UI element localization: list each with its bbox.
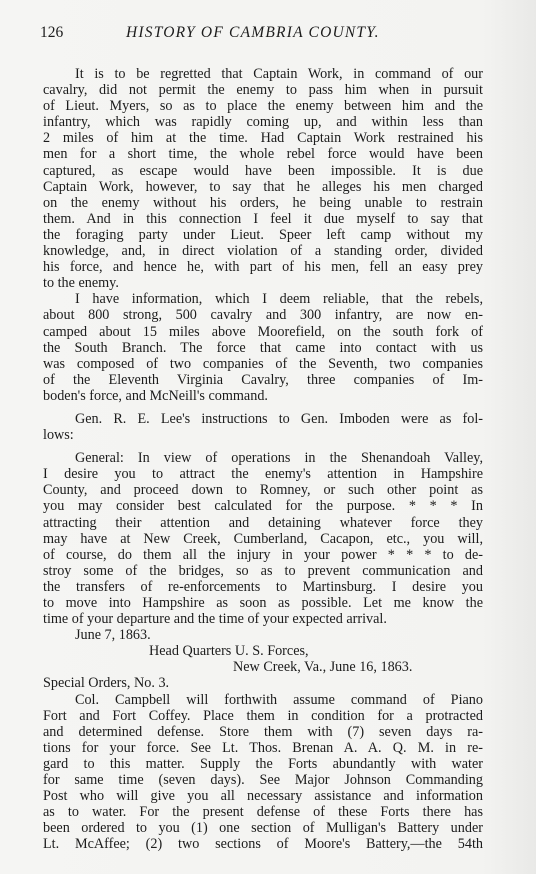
text-line: infantry, which was rapidly coming up, a… (43, 114, 483, 130)
book-page: 126 HISTORY OF CAMBRIA COUNTY. It is to … (0, 0, 536, 874)
text-line: knowledge, and, in direct violation of a… (43, 243, 483, 259)
letter-date: June 7, 1863. (43, 627, 483, 643)
text-line: lows: (43, 427, 483, 443)
text-line: General: In view of operations in the Sh… (43, 450, 483, 466)
text-line: the transfers of re-enforcements to Mart… (43, 579, 483, 595)
text-line: men for a short time, the whole rebel fo… (43, 146, 483, 162)
paragraph-information: I have information, which I deem reliabl… (43, 291, 483, 404)
text-line: stroy some of the bridges, so as to prev… (43, 563, 483, 579)
text-line: been ordered to you (1) one section of M… (43, 820, 483, 836)
text-line: them. And in this connection I feel it d… (43, 211, 483, 227)
text-line: I have information, which I deem reliabl… (43, 291, 483, 307)
text-line: of course, do them all the injury in you… (43, 547, 483, 563)
paragraph-special-orders: Col. Campbell will forthwith assume comm… (43, 692, 483, 853)
text-line: for same time (seven days). See Major Jo… (43, 772, 483, 788)
text-line: 2 miles of him at the time. Had Captain … (43, 130, 483, 146)
text-line: on the enemy without his orders, he bein… (43, 195, 483, 211)
text-line: boden's force, and McNeill's command. (43, 388, 483, 404)
text-line: captured, as escape would have been impo… (43, 163, 483, 179)
text-line: of Lieut. Myers, so as to place the enem… (43, 98, 483, 114)
text-line: County, and proceed down to Romney, or s… (43, 482, 483, 498)
text-line: of the Eleventh Virginia Cavalry, three … (43, 372, 483, 388)
page-number: 126 (40, 24, 63, 42)
text-line: as to water. For the present defense of … (43, 804, 483, 820)
running-title: HISTORY OF CAMBRIA COUNTY. (126, 24, 380, 42)
text-line: gard to this matter. Supply the Forts ab… (43, 756, 483, 772)
text-line: cavalry, did not permit the enemy to pas… (43, 82, 483, 98)
spacer (43, 443, 483, 450)
text-line: may have at New Creek, Cumberland, Cacap… (43, 531, 483, 547)
page-header: 126 HISTORY OF CAMBRIA COUNTY. (40, 24, 496, 44)
text-line: his force, and hence he, with part of hi… (43, 259, 483, 275)
text-line: to the enemy. (43, 275, 483, 291)
text-line: camped about 15 miles above Moorefield, … (43, 324, 483, 340)
text-line: and determined defense. Store them with … (43, 724, 483, 740)
dateline-headquarters: Head Quarters U. S. Forces, (43, 643, 483, 659)
special-orders-heading: Special Orders, No. 3. (43, 675, 483, 691)
spacer (43, 404, 483, 411)
text-line: tions for your force. See Lt. Thos. Bren… (43, 740, 483, 756)
paragraph-general-letter: General: In view of operations in the Sh… (43, 450, 483, 627)
text-line: attracting their attention and detaining… (43, 515, 483, 531)
dateline-location: New Creek, Va., June 16, 1863. (43, 659, 483, 675)
text-line: about 800 strong, 500 cavalry and 300 in… (43, 307, 483, 323)
text-line: to move into Hampshire as soon as possib… (43, 595, 483, 611)
text-line: I desire you to attract the enemy's atte… (43, 466, 483, 482)
text-line: the foraging party under Lieut. Speer le… (43, 227, 483, 243)
text-line: was composed of two companies of the Sev… (43, 356, 483, 372)
text-line: you may consider best calculated for the… (43, 498, 483, 514)
text-line: Lt. McAffee; (2) two sections of Moore's… (43, 836, 483, 852)
text-line: the South Branch. The force that came in… (43, 340, 483, 356)
body-text: It is to be regretted that Captain Work,… (43, 66, 483, 853)
paragraph-lee-instructions: Gen. R. E. Lee's instructions to Gen. Im… (43, 411, 483, 443)
text-line: Fort and Fort Coffey. Place them in cond… (43, 708, 483, 724)
text-line: It is to be regretted that Captain Work,… (43, 66, 483, 82)
paragraph-captain-work: It is to be regretted that Captain Work,… (43, 66, 483, 291)
text-line: Col. Campbell will forthwith assume comm… (43, 692, 483, 708)
text-line: Post who will give you all necessary ass… (43, 788, 483, 804)
text-line: Gen. R. E. Lee's instructions to Gen. Im… (43, 411, 483, 427)
text-line: time of your departure and the time of y… (43, 611, 483, 627)
text-line: Captain Work, however, to say that he al… (43, 179, 483, 195)
